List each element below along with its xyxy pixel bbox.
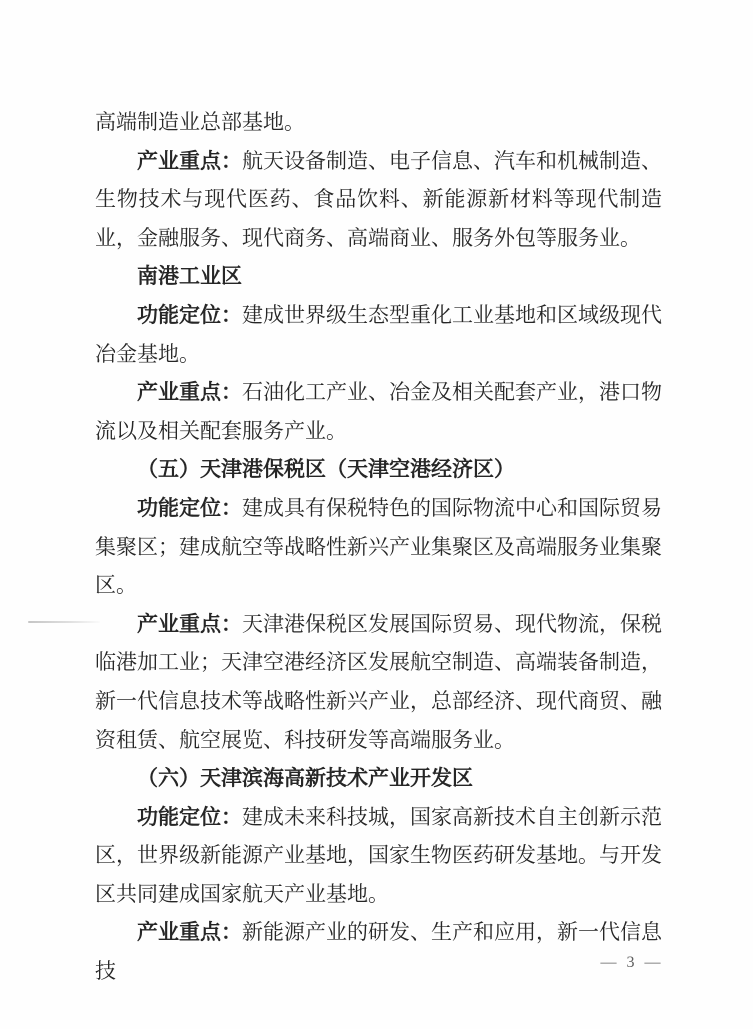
paragraph-lead-term: 产业重点： [137,149,242,173]
paragraph: 高端制造业总部基地。 [95,103,662,142]
page-number: — 3 — [596,954,668,972]
paragraph: 产业重点：天津港保税区发展国际贸易、现代物流，保税临港加工业；天津空港经济区发展… [95,605,662,759]
paragraph: 功能定位：建成世界级生态型重化工业基地和区域级现代冶金基地。 [95,296,662,373]
paragraph-lead-term: 功能定位： [137,303,242,327]
document-page: 高端制造业总部基地。产业重点：航天设备制造、电子信息、汽车和机械制造、生物技术与… [0,0,753,1029]
section-heading: （五）天津港保税区（天津空港经济区） [95,450,662,489]
paragraph: 功能定位：建成未来科技城，国家高新技术自主创新示范区，世界级新能源产业基地，国家… [95,798,662,914]
paragraph-lead-term: 产业重点： [137,380,242,404]
paragraph-lead-term: 功能定位： [137,805,242,829]
paragraph-lead-term: 产业重点： [137,920,242,944]
section-heading: （六）天津滨海高新技术产业开发区 [95,759,662,798]
document-body: 高端制造业总部基地。产业重点：航天设备制造、电子信息、汽车和机械制造、生物技术与… [95,103,662,991]
paragraph-lead-term: 功能定位： [137,496,242,520]
scan-artifact-line [28,621,100,623]
paragraph: 产业重点：航天设备制造、电子信息、汽车和机械制造、生物技术与现代医药、食品饮料、… [95,142,662,258]
paragraph: 产业重点：新能源产业的研发、生产和应用，新一代信息技 [95,913,662,990]
paragraph: 功能定位：建成具有保税特色的国际物流中心和国际贸易集聚区；建成航空等战略性新兴产… [95,489,662,605]
paragraph-lead-term: 产业重点： [137,612,242,636]
section-heading: 南港工业区 [95,257,662,296]
paragraph: 产业重点：石油化工产业、冶金及相关配套产业，港口物流以及相关配套服务产业。 [95,373,662,450]
